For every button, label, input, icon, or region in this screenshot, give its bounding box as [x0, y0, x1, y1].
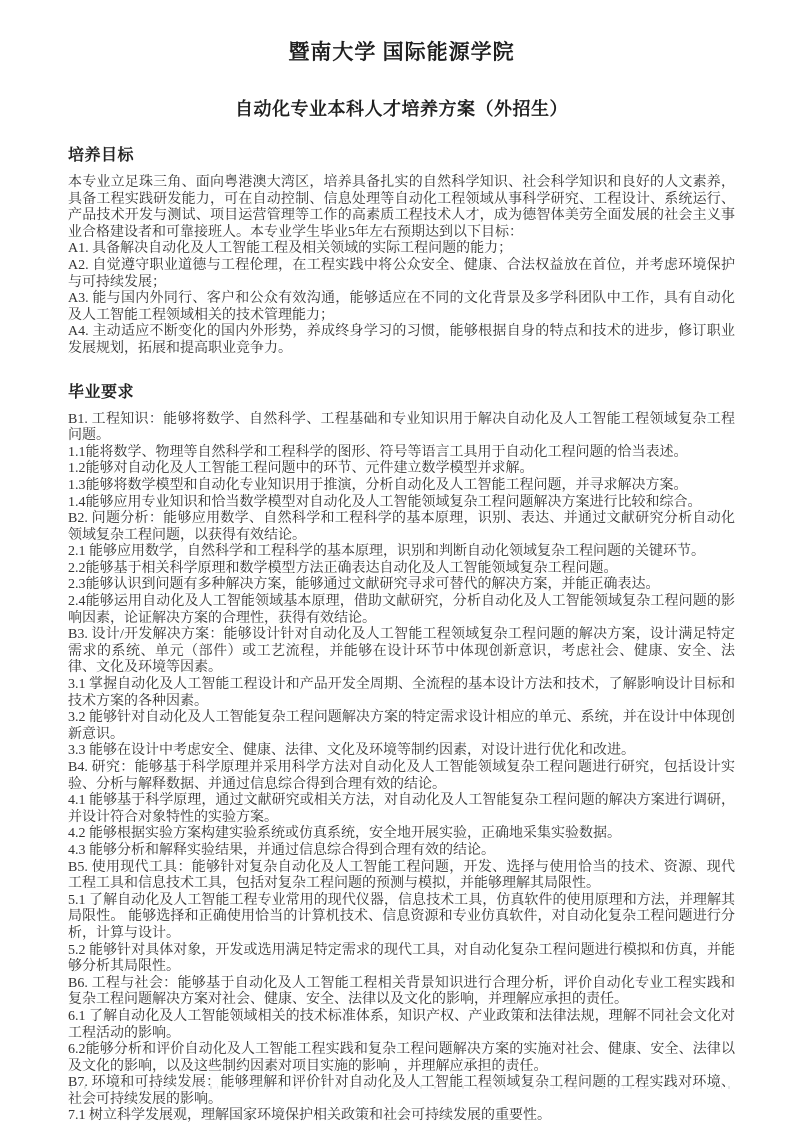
document-subtitle: 自动化专业本科人才培养方案（外招生） — [68, 95, 735, 121]
paragraph: B6. 工程与社会：能够基于自动化及人工智能工程相关背景知识进行合理分析，评价自… — [68, 976, 735, 1009]
paragraph: 3.2 能够针对自动化及人工智能复杂工程问题解决方案的特定需求设计相应的单元、系… — [68, 710, 735, 743]
paragraph: 2.2能够基于相关科学原理和数学模型方法正确表达自动化及人工智能领域复杂工程问题… — [68, 561, 735, 578]
paragraph: B1. 工程知识：能够将数学、自然科学、工程基础和专业知识用于解决自动化及人工智… — [68, 412, 735, 445]
paragraph: 3.1 掌握自动化及人工智能工程设计和产品开发全周期、全流程的基本设计方法和技术… — [68, 677, 735, 710]
paragraph: B3. 设计/开发解决方案：能够设计针对自动化及人工智能工程领域复杂工程问题的解… — [68, 627, 735, 677]
paragraph: 4.3 能够分析和解释实验结果，并通过信息综合得到合理有效的结论。 — [68, 843, 735, 860]
paragraph: 1.4能够应用专业知识和恰当数学模型对自动化及人工智能领域复杂工程问题解决方案进… — [68, 495, 735, 512]
paragraph: B7. 环境和可持续发展：能够理解和评价针对自动化及人工智能工程领域复杂工程问题… — [68, 1075, 735, 1108]
cutoff-text-artifact — [70, 1086, 730, 1089]
paragraph: 1.2能够对自动化及人工智能工程问题中的环节、元件建立数学模型并求解。 — [68, 461, 735, 478]
paragraph: 4.2 能够根据实验方案构建实验系统或仿真系统，安全地开展实验，正确地采集实验数… — [68, 826, 735, 843]
paragraph: 6.2能够分析和评价自动化及人工智能工程实践和复杂工程问题解决方案的实施对社会、… — [68, 1042, 735, 1075]
paragraph: 5.2 能够针对具体对象，开发或选用满足特定需求的现代工具，对自动化复杂工程问题… — [68, 943, 735, 976]
paragraph: 5.1 了解自动化及人工智能工程专业常用的现代仪器，信息技术工具，仿真软件的使用… — [68, 893, 735, 943]
paragraph: B2. 问题分析：能够应用数学、自然科学和工程科学的基本原理，识别、表达、并通过… — [68, 511, 735, 544]
paragraph: A1. 具备解决自动化及人工智能工程及相关领域的实际工程问题的能力； — [68, 241, 735, 258]
paragraph: A3. 能与国内外同行、客户和公众有效沟通，能够适应在不同的文化背景及多学科团队… — [68, 291, 735, 324]
paragraph: 6.1 了解自动化及人工智能领域相关的技术标准体系，知识产权、产业政策和法律法规… — [68, 1009, 735, 1042]
paragraph: 3.3 能够在设计中考虑安全、健康、法律、文化及环境等制约因素，对设计进行优化和… — [68, 743, 735, 760]
paragraph: 4.1 能够基于科学原理，通过文献研究或相关方法，对自动化及人工智能复杂工程问题… — [68, 793, 735, 826]
section-heading: 培养目标 — [68, 142, 735, 165]
document-body: 培养目标本专业立足珠三角、面向粤港澳大湾区，培养具备扎实的自然科学知识、社会科学… — [68, 142, 735, 1125]
paragraph: A2. 自觉遵守职业道德与工程伦理，在工程实践中将公众安全、健康、合法权益放在首… — [68, 258, 735, 291]
document-title: 暨南大学 国际能源学院 — [68, 36, 735, 66]
paragraph: A4. 主动适应不断变化的国内外形势，养成终身学习的习惯，能够根据自身的特点和技… — [68, 324, 735, 357]
paragraph: 2.1 能够应用数学，自然科学和工程科学的基本原理，识别和判断自动化领域复杂工程… — [68, 544, 735, 561]
paragraph: 1.1能将数学、物理等自然科学和工程科学的图形、符号等语言工具用于自动化工程问题… — [68, 445, 735, 462]
paragraph: 1.3能够将数学模型和自动化专业知识用于推演，分析自动化及人工智能工程问题，并寻… — [68, 478, 735, 495]
paragraph: 2.4能够运用自动化及人工智能领域基本原理，借助文献研究，分析自动化及人工智能领… — [68, 594, 735, 627]
paragraph: B4. 研究：能够基于科学原理并采用科学方法对自动化及人工智能领域复杂工程问题进… — [68, 760, 735, 793]
paragraph: 本专业立足珠三角、面向粤港澳大湾区，培养具备扎实的自然科学知识、社会科学知识和良… — [68, 175, 735, 241]
document-page: 暨南大学 国际能源学院 自动化专业本科人才培养方案（外招生） 培养目标本专业立足… — [0, 0, 799, 1131]
paragraph: 7.1 树立科学发展观，理解国家环境保护相关政策和社会可持续发展的重要性。 — [68, 1108, 735, 1125]
paragraph: 2.3能够认识到问题有多种解决方案，能够通过文献研究寻求可替代的解决方案，并能正… — [68, 577, 735, 594]
section-heading: 毕业要求 — [68, 379, 735, 402]
paragraph: B5. 使用现代工具：能够针对复杂自动化及人工智能工程问题，开发、选择与使用恰当… — [68, 860, 735, 893]
